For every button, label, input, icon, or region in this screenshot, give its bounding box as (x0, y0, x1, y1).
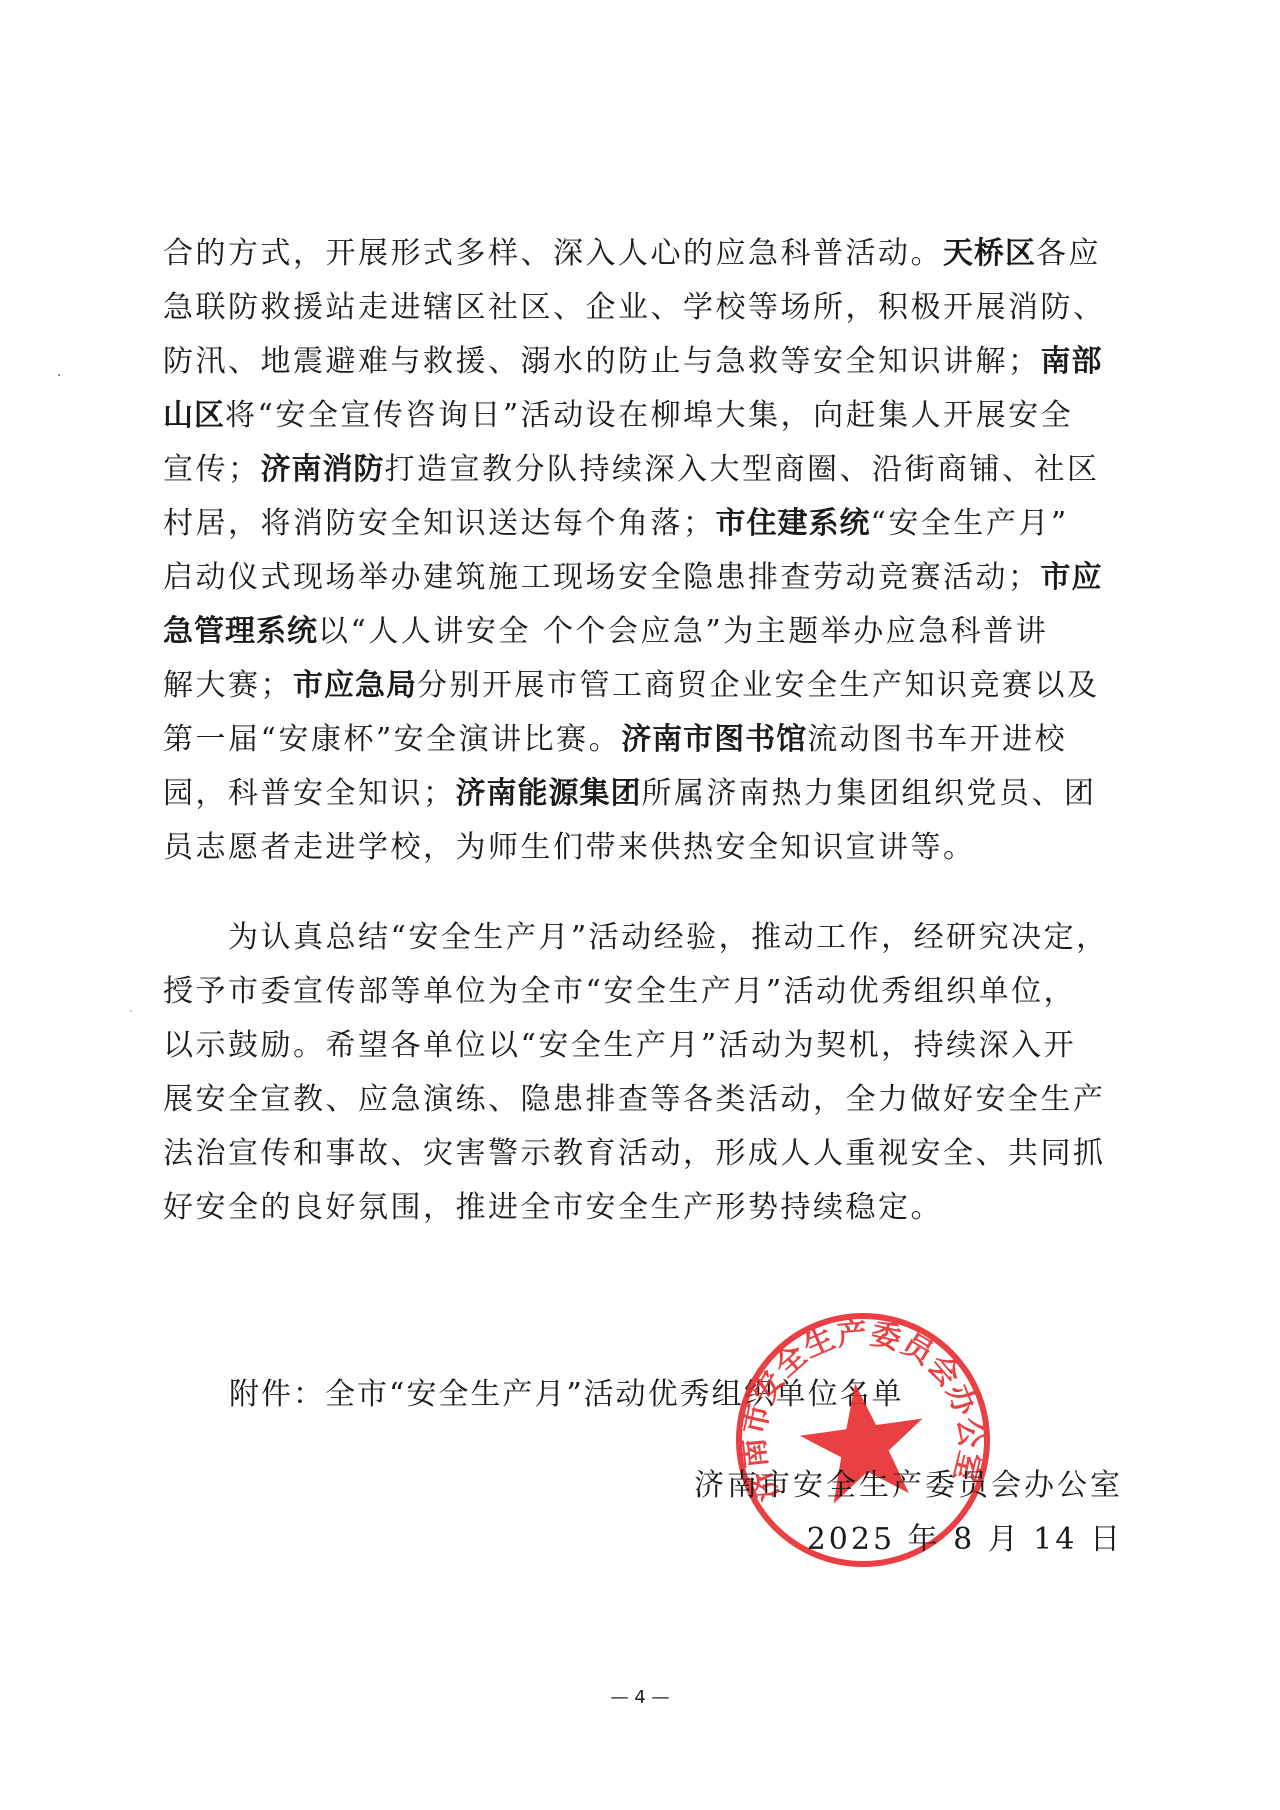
text-line: 展安全宣教、应急演练、隐患排查等各类活动，全力做好安全生产 (163, 1076, 1106, 1124)
highlighted-unit-name: 天桥区 (943, 236, 1036, 271)
text-run: 流动图书车开进校 (807, 722, 1067, 757)
text-line: 防汛、地震避难与救援、溺水的防止与急救等安全知识讲解；南部 (163, 338, 1103, 386)
page-number: — 4 — (0, 1687, 1280, 1708)
text-line: 急联防救援站走进辖区社区、企业、学校等场所，积极开展消防、 (163, 284, 1106, 332)
text-run: 防汛、地震避难与救援、溺水的防止与急救等安全知识讲解； (163, 344, 1041, 379)
text-line: 启动仪式现场举办建筑施工现场安全隐患排查劳动竞赛活动；市应 (163, 554, 1103, 602)
highlighted-unit-name: 山区 (163, 398, 225, 433)
text-run: 分别开展市管工商贸企业安全生产知识竞赛以及 (417, 668, 1100, 703)
text-line: 解大赛；市应急局分别开展市管工商贸企业安全生产知识竞赛以及 (163, 662, 1100, 710)
scan-speck (130, 1010, 132, 1012)
text-run: 宣传； (163, 452, 261, 487)
text-line: 为认真总结“安全生产月”活动经验，推动工作，经研究决定， (163, 914, 1109, 962)
text-line: 山区将“安全宣传咨询日”活动设在柳埠大集，向赶集人开展安全 (163, 392, 1073, 440)
text-run: 为认真总结“安全生产月”活动经验，推动工作，经研究决定， (163, 920, 1109, 955)
text-run: 员志愿者走进学校，为师生们带来供热安全知识宣讲等。 (163, 830, 976, 865)
highlighted-unit-name: 济南消防 (261, 452, 385, 487)
signer-organization: 济南市安全生产委员会办公室 (694, 1462, 1123, 1510)
text-run: 以示鼓励。希望各单位以“安全生产月”活动为契机，持续深入开 (163, 1028, 1076, 1063)
text-line: 村居，将消防安全知识送达每个角落；市住建系统“安全生产月” (163, 500, 1069, 548)
text-line: 授予市委宣传部等单位为全市“安全生产月”活动优秀组织单位， (163, 968, 1076, 1016)
text-line: 法治宣传和事故、灾害警示教育活动，形成人人重视安全、共同抓 (163, 1130, 1106, 1178)
text-run: 第一届“安康杯”安全演讲比赛。 (163, 722, 621, 757)
text-run: “安全生产月” (871, 506, 1069, 541)
text-line: 第一届“安康杯”安全演讲比赛。济南市图书馆流动图书车开进校 (163, 716, 1067, 764)
text-line: 员志愿者走进学校，为师生们带来供热安全知识宣讲等。 (163, 824, 976, 872)
text-run: 所属济南热力集团组织党员、团 (642, 776, 1097, 811)
text-line: 以示鼓励。希望各单位以“安全生产月”活动为契机，持续深入开 (163, 1022, 1076, 1070)
scan-speck (58, 374, 60, 376)
text-run: 园，科普安全知识； (163, 776, 456, 811)
text-run: 以“人人讲安全 个个会应急”为主题举办应急科普讲 (318, 614, 1048, 649)
highlighted-unit-name: 急管理系统 (163, 614, 318, 649)
text-line: 园，科普安全知识；济南能源集团所属济南热力集团组织党员、团 (163, 770, 1097, 818)
text-run: 各应 (1036, 236, 1101, 271)
text-line: 好安全的良好氛围，推进全市安全生产形势持续稳定。 (163, 1184, 943, 1232)
highlighted-unit-name: 南部 (1041, 344, 1103, 379)
document-page: 合的方式，开展形式多样、深入人心的应急科普活动。天桥区各应急联防救援站走进辖区社… (0, 0, 1280, 1810)
text-run: 急联防救援站走进辖区社区、企业、学校等场所，积极开展消防、 (163, 290, 1106, 325)
text-run: 村居，将消防安全知识送达每个角落； (163, 506, 716, 541)
highlighted-unit-name: 济南市图书馆 (621, 722, 807, 757)
highlighted-unit-name: 市应 (1041, 560, 1103, 595)
text-run: 启动仪式现场举办建筑施工现场安全隐患排查劳动竞赛活动； (163, 560, 1041, 595)
document-date: 2025 年 8 月 14 日 (807, 1516, 1123, 1564)
text-run: 将“安全宣传咨询日”活动设在柳埠大集，向赶集人开展安全 (225, 398, 1073, 433)
text-run: 打造宣教分队持续深入大型商圈、沿街商铺、社区 (385, 452, 1100, 487)
text-run: 展安全宣教、应急演练、隐患排查等各类活动，全力做好安全生产 (163, 1082, 1106, 1117)
text-run: 授予市委宣传部等单位为全市“安全生产月”活动优秀组织单位， (163, 974, 1076, 1009)
highlighted-unit-name: 市应急局 (293, 668, 417, 703)
text-run: 法治宣传和事故、灾害警示教育活动，形成人人重视安全、共同抓 (163, 1136, 1106, 1171)
text-run: 好安全的良好氛围，推进全市安全生产形势持续稳定。 (163, 1190, 943, 1225)
text-line: 急管理系统以“人人讲安全 个个会应急”为主题举办应急科普讲 (163, 608, 1048, 656)
highlighted-unit-name: 市住建系统 (716, 506, 871, 541)
text-run: 合的方式，开展形式多样、深入人心的应急科普活动。 (163, 236, 943, 271)
text-line: 宣传；济南消防打造宣教分队持续深入大型商圈、沿街商铺、社区 (163, 446, 1100, 494)
highlighted-unit-name: 济南能源集团 (456, 776, 642, 811)
text-line: 合的方式，开展形式多样、深入人心的应急科普活动。天桥区各应 (163, 230, 1101, 278)
text-run: 解大赛； (163, 668, 293, 703)
